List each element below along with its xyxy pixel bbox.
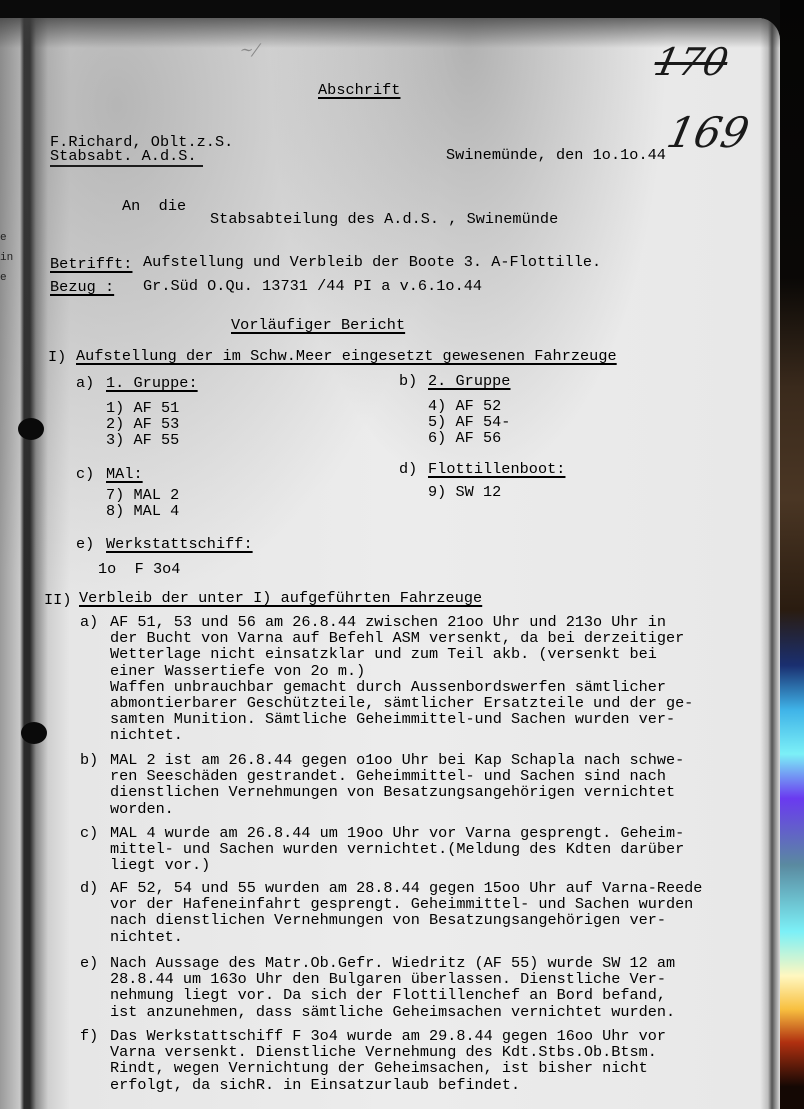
paragraph-line: AF 52, 54 und 55 wurden am 28.8.44 gegen… xyxy=(110,880,702,896)
punch-hole-icon xyxy=(18,418,44,440)
subject-label: Betrifft: xyxy=(50,256,132,272)
group-letter: b) xyxy=(399,373,417,389)
paragraph-line: MAL 2 ist am 26.8.44 gegen o1oo Uhr bei … xyxy=(110,752,684,768)
group-letter: c) xyxy=(76,466,94,482)
paragraph-line: samten Munition. Sämtliche Geheimmittel-… xyxy=(110,711,675,727)
handwritten-folio-struck: 170 xyxy=(650,40,732,84)
paragraph-line: nichtet. xyxy=(110,929,183,945)
report-title: Vorläufiger Bericht xyxy=(231,317,405,333)
handwritten-folio: 169 xyxy=(663,108,754,157)
group-title: Werkstattschiff: xyxy=(106,536,253,552)
paragraph-line: der Bucht von Varna auf Befehl ASM verse… xyxy=(110,630,684,646)
place-date: Swinemünde, den 1o.1o.44 xyxy=(446,147,666,163)
vessel-item: 1) AF 51 xyxy=(106,400,179,416)
paragraph-letter: e) xyxy=(80,955,98,971)
sender-line-2: Stabsabt. A.d.S. xyxy=(50,148,203,167)
vessel-item: 4) AF 52 xyxy=(428,398,501,414)
paragraph-line: MAL 4 wurde am 26.8.44 um 19oo Uhr vor V… xyxy=(110,825,684,841)
vessel-item: 3) AF 55 xyxy=(106,432,179,448)
vessel-item: 6) AF 56 xyxy=(428,430,501,446)
paragraph-line: Nach Aussage des Matr.Ob.Gefr. Wiedritz … xyxy=(110,955,675,971)
reference-label: Bezug : xyxy=(50,279,114,295)
group-letter: e) xyxy=(76,536,94,552)
margin-fragment: e xyxy=(0,272,7,284)
paragraph-line: Varna versenkt. Dienstliche Vernehmung d… xyxy=(110,1044,657,1060)
vessel-item: 9) SW 12 xyxy=(428,484,501,500)
vessel-item: 8) MAL 4 xyxy=(106,503,179,519)
group-title: Flottillenboot: xyxy=(428,461,565,477)
group-title: 1. Gruppe: xyxy=(106,375,198,391)
paragraph-line: worden. xyxy=(110,801,174,817)
section-1-heading: Aufstellung der im Schw.Meer eingesetzt … xyxy=(76,348,617,364)
reference-text: Gr.Süd O.Qu. 13731 /44 PI a v.6.1o.44 xyxy=(143,278,482,294)
recipient-name: Stabsabteilung des A.d.S. , Swinemünde xyxy=(210,211,558,227)
section-1-number: I) xyxy=(48,349,66,365)
vessel-item: 7) MAL 2 xyxy=(106,487,179,503)
paragraph-line: nichtet. xyxy=(110,727,183,743)
paragraph-line: ren Seeschäden gestrandet. Geheimmittel-… xyxy=(110,768,666,784)
paragraph-line: erfolgt, da sichR. in Einsatzurlaub befi… xyxy=(110,1077,520,1093)
group-letter: a) xyxy=(76,375,94,391)
document-title: Abschrift xyxy=(318,82,400,98)
group-title: 2. Gruppe xyxy=(428,373,510,389)
paragraph-line: 28.8.44 um 163o Uhr den Bulgaren überlas… xyxy=(110,971,666,987)
vessel-item: 5) AF 54- xyxy=(428,414,510,430)
group-letter: d) xyxy=(399,461,417,477)
paragraph-line: mittel- und Sachen wurden vernichtet.(Me… xyxy=(110,841,684,857)
paragraph-line: abmontierbarer Geschützteile, sämtlicher… xyxy=(110,695,693,711)
background-glare xyxy=(780,0,804,1109)
paragraph-line: ist anzunehmen, dass sämtliche Geheimsac… xyxy=(110,1004,675,1020)
paragraph-line: dienstlichen Vernehmungen von Besatzungs… xyxy=(110,784,675,800)
subject-text: Aufstellung und Verbleib der Boote 3. A-… xyxy=(143,254,601,270)
paragraph-line: nach dienstlichen Vernehmungen von Besat… xyxy=(110,912,666,928)
paragraph-line: AF 51, 53 und 56 am 26.8.44 zwischen 21o… xyxy=(110,614,666,630)
margin-fragment: e xyxy=(0,232,7,244)
paragraph-letter: a) xyxy=(80,614,98,630)
margin-fragment: in xyxy=(0,252,13,264)
paragraph-line: liegt vor.) xyxy=(110,857,210,873)
paragraph-line: Waffen unbrauchbar gemacht durch Aussenb… xyxy=(110,679,666,695)
paragraph-line: nehmung liegt vor. Da sich der Flottille… xyxy=(110,987,666,1003)
paragraph-line: Rindt, wegen Vernichtung der Geheimsache… xyxy=(110,1060,648,1076)
paragraph-line: einer Wassertiefe von 2o m.) xyxy=(110,663,365,679)
section-2-heading: Verbleib der unter I) aufgeführten Fahrz… xyxy=(79,590,482,606)
section-2-number: II) xyxy=(44,592,72,608)
group-title: MAl: xyxy=(106,466,143,482)
paragraph-line: vor der Hafeneinfahrt gesprengt. Geheimm… xyxy=(110,896,693,912)
recipient-prefix: An die xyxy=(122,198,186,214)
paragraph-letter: b) xyxy=(80,752,98,768)
handwritten-top-mark: ~/ xyxy=(238,40,261,59)
paragraph-letter: d) xyxy=(80,880,98,896)
vessel-item: 2) AF 53 xyxy=(106,416,179,432)
vessel-item: 1o F 3o4 xyxy=(98,561,180,577)
paragraph-line: Wetterlage nicht einsatzklar und zum Tei… xyxy=(110,646,657,662)
paragraph-line: Das Werkstattschiff F 3o4 wurde am 29.8.… xyxy=(110,1028,666,1044)
paragraph-letter: f) xyxy=(80,1028,98,1044)
punch-hole-icon xyxy=(21,722,47,744)
paragraph-letter: c) xyxy=(80,825,98,841)
